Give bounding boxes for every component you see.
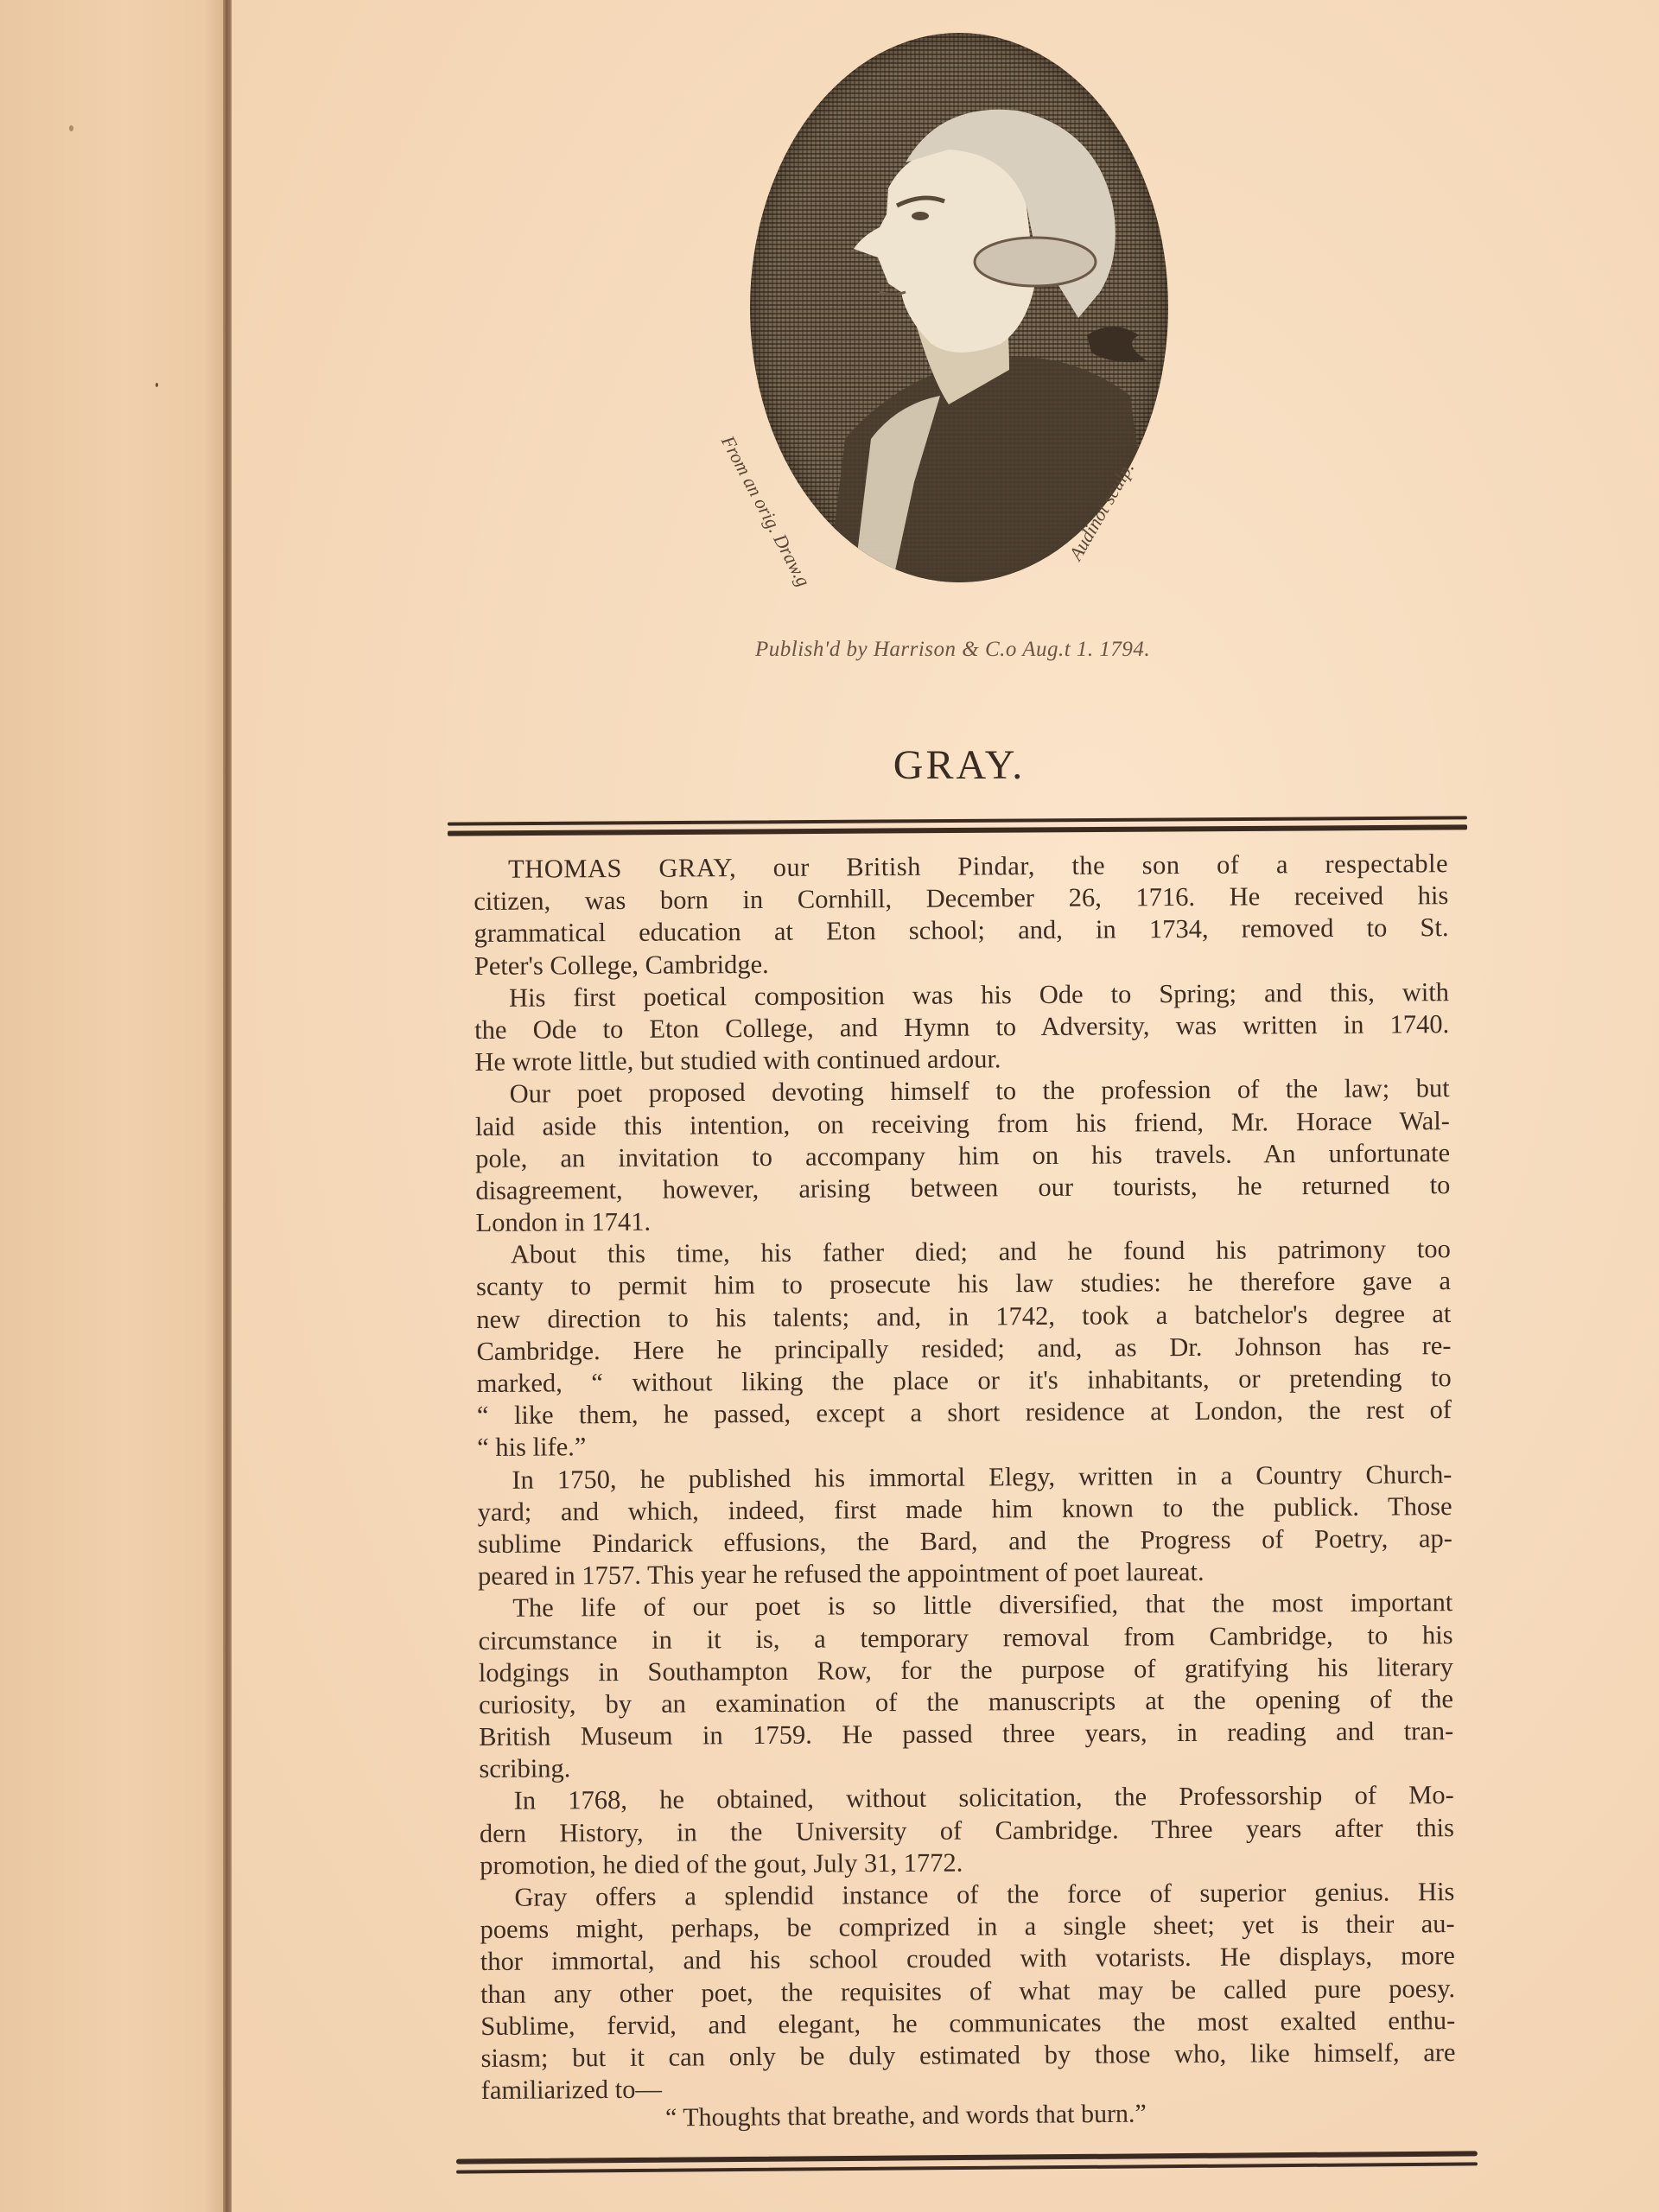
biography-text: THOMAS GRAY, our British Pindar, the son… (474, 848, 1456, 2107)
text-line: laid aside this intention, on receiving … (475, 1105, 1450, 1143)
foxing-spot (69, 125, 73, 131)
text-line: Our poet proposed devoting himself to th… (475, 1072, 1450, 1110)
text-line: grammatical education at Eton school; an… (474, 912, 1448, 950)
left-page-blank (0, 0, 226, 2212)
text-line: sublime Pindarick effusions, the Bard, a… (478, 1522, 1452, 1560)
text-line: The life of our poet is so little divers… (478, 1586, 1452, 1624)
text-line: disagreement, however, arising between o… (475, 1169, 1450, 1207)
text-line: siasm; but it can only be duly estimated… (480, 2037, 1455, 2075)
text-line: In 1768, he obtained, without solicitati… (480, 1780, 1454, 1818)
book-gutter (223, 0, 232, 2212)
closing-quotation: “ Thoughts that breathe, and words that … (665, 2100, 1147, 2133)
text-line: scanty to permit him to prosecute his la… (476, 1266, 1451, 1304)
text-line: thor immortal, and his school crouded wi… (480, 1940, 1455, 1978)
text-line: dern History, in the University of Cambr… (480, 1812, 1454, 1850)
foxing-spot (156, 383, 158, 387)
page-title: GRAY. (0, 741, 1659, 789)
text-line: “ like them, he passed, except a short r… (477, 1394, 1452, 1432)
text-line: circumstance in it is, a temporary remov… (478, 1619, 1452, 1657)
publisher-imprint: Publish'd by Harrison & C.o Aug.t 1. 179… (755, 638, 1170, 662)
text-line: British Museum in 1759. He passed three … (479, 1715, 1453, 1753)
text-line: the Ode to Eton College, and Hymn to Adv… (474, 1008, 1449, 1046)
